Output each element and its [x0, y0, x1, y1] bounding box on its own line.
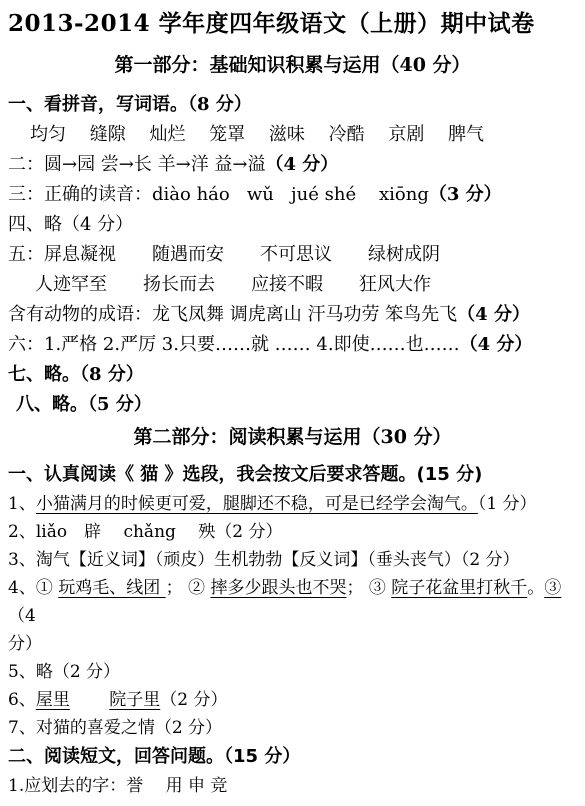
part1-heading: 第一部分：基础知识积累与运用（40 分） [8, 50, 577, 80]
part1-q3-score: （3 分） [429, 184, 502, 205]
part2-item1-line: 1、小猫满月的时候更可爱，腿脚还不稳，可是已经学会淘气。（1 分） [8, 490, 577, 518]
exam-paper-page: { "title": "2013-2014 学年度四年级语文（上册）期中试卷",… [0, 0, 585, 806]
part1-q6-text: 六：1.严格 2.严厉 3.只要……就 …… 4.即使……也…… [8, 334, 460, 355]
part2-item4-score-open: （4 [8, 606, 36, 626]
part1-q3-text: 三：正确的读音：diào háo wǔ jué shé xiōng [8, 184, 429, 205]
part1-q5-row3: 含有动物的成语：龙飞凤舞 调虎离山 汗马功劳 笨鸟先飞（4 分） [8, 300, 577, 330]
part1-q5-row3-score: （4 分） [457, 304, 530, 325]
part2-item4-line: 4、① 玩鸡毛、线团 ； ② 摔多少跟头也不哭； ③ 院子花盆里打秋千。③（4分… [8, 574, 577, 658]
part1-q4-line: 四、略（4 分） [8, 210, 577, 240]
part2-item4-number: 4、 [8, 578, 36, 598]
part2-item3-line: 3、淘气【近义词】（顽皮）生机勃勃【反义词】（垂头丧气）（2 分） [8, 546, 577, 574]
part1-q7-line: 七、略。（8 分） [8, 360, 577, 390]
part1-q3-line: 三：正确的读音：diào háo wǔ jué shé xiōng（3 分） [8, 180, 577, 210]
part2-section: 第二部分：阅读积累与运用（30 分） 一、认真阅读《 猫 》选段，我会按文后要求… [8, 422, 577, 800]
part1-q2-score: （4 分） [266, 154, 339, 175]
part1-q1-label: 一、看拼音，写词语。（8 分） [8, 90, 577, 120]
part2-item4-sep1: ； [166, 578, 188, 598]
part2-item7-line: 7、对猫的喜爱之情（2 分） [8, 714, 577, 742]
part2-item4-sep3: 。 [527, 578, 544, 598]
part2-item4-circle1: ① [36, 578, 58, 598]
part2-item4-underlined-choice: ③ [544, 578, 561, 598]
part2-item6-score: （2 分） [160, 690, 227, 710]
part1-q6-line: 六：1.严格 2.严厉 3.只要……就 …… 4.即使……也……（4 分） [8, 330, 577, 360]
part2-item6-number: 6、 [8, 690, 36, 710]
part1-q2-text: 二：圆→园 尝→长 羊→洋 益→溢 [8, 154, 266, 175]
part2-item6-line: 6、屋里 院子里（2 分） [8, 686, 577, 714]
part2-item1-underlined-answer: 小猫满月的时候更可爱，腿脚还不稳，可是已经学会淘气。 [36, 494, 478, 514]
part2-item4-score-close: 分） [8, 634, 42, 654]
part2-item4-underlined-answer2: 摔多少跟头也不哭 [210, 578, 346, 598]
part2-item1-number: 1、 [8, 494, 36, 514]
part2-item4-circle3: ③ [369, 578, 391, 598]
part1-q2-line: 二：圆→园 尝→长 羊→洋 益→溢（4 分） [8, 150, 577, 180]
part2-item2-line: 2、liǎo 辟 chǎng 殃（2 分） [8, 518, 577, 546]
part2-item4-circle2: ② [188, 578, 210, 598]
part2-section2-item1-line: 1.应划去的字：誉 用 申 竞 [8, 772, 577, 800]
part1-q5-row1: 五：屏息凝视 随遇而安 不可思议 绿树成阴 [8, 240, 577, 270]
part1-q8-line: 八、略。（5 分） [8, 390, 577, 420]
part2-item4-sep2: ； [346, 578, 368, 598]
part1-q5-row2: 人迹罕至 扬长而去 应接不暇 狂风大作 [8, 270, 577, 300]
part2-item6-gap [70, 690, 109, 710]
part2-section1-heading: 一、认真阅读《 猫 》选段，我会按文后要求答题。(15 分) [8, 460, 577, 490]
part1-q6-score: （4 分） [460, 334, 533, 355]
part1-q5-row3-text: 含有动物的成语：龙飞凤舞 调虎离山 汗马功劳 笨鸟先飞 [8, 304, 457, 325]
part2-item6-underlined-answer1: 屋里 [36, 690, 70, 710]
part2-item6-underlined-answer2: 院子里 [109, 690, 160, 710]
part2-item1-score: （1 分） [478, 494, 537, 514]
part1-q1-answer-words: 均匀 缝隙 灿烂 笼罩 滋味 冷酷 京剧 脾气 [8, 120, 577, 150]
part2-item4-underlined-answer3: 院子花盆里打秋千 [391, 578, 527, 598]
part2-section2-heading: 二、阅读短文，回答问题。（15 分） [8, 742, 577, 772]
page-title: 2013-2014 学年度四年级语文（上册）期中试卷 [8, 6, 577, 42]
part1-section: 第一部分：基础知识积累与运用（40 分） 一、看拼音，写词语。（8 分） 均匀 … [8, 50, 577, 420]
part2-heading: 第二部分：阅读积累与运用（30 分） [8, 422, 577, 452]
part2-item5-line: 5、略（2 分） [8, 658, 577, 686]
part2-item4-underlined-answer1: 玩鸡毛、线团 [58, 578, 165, 598]
